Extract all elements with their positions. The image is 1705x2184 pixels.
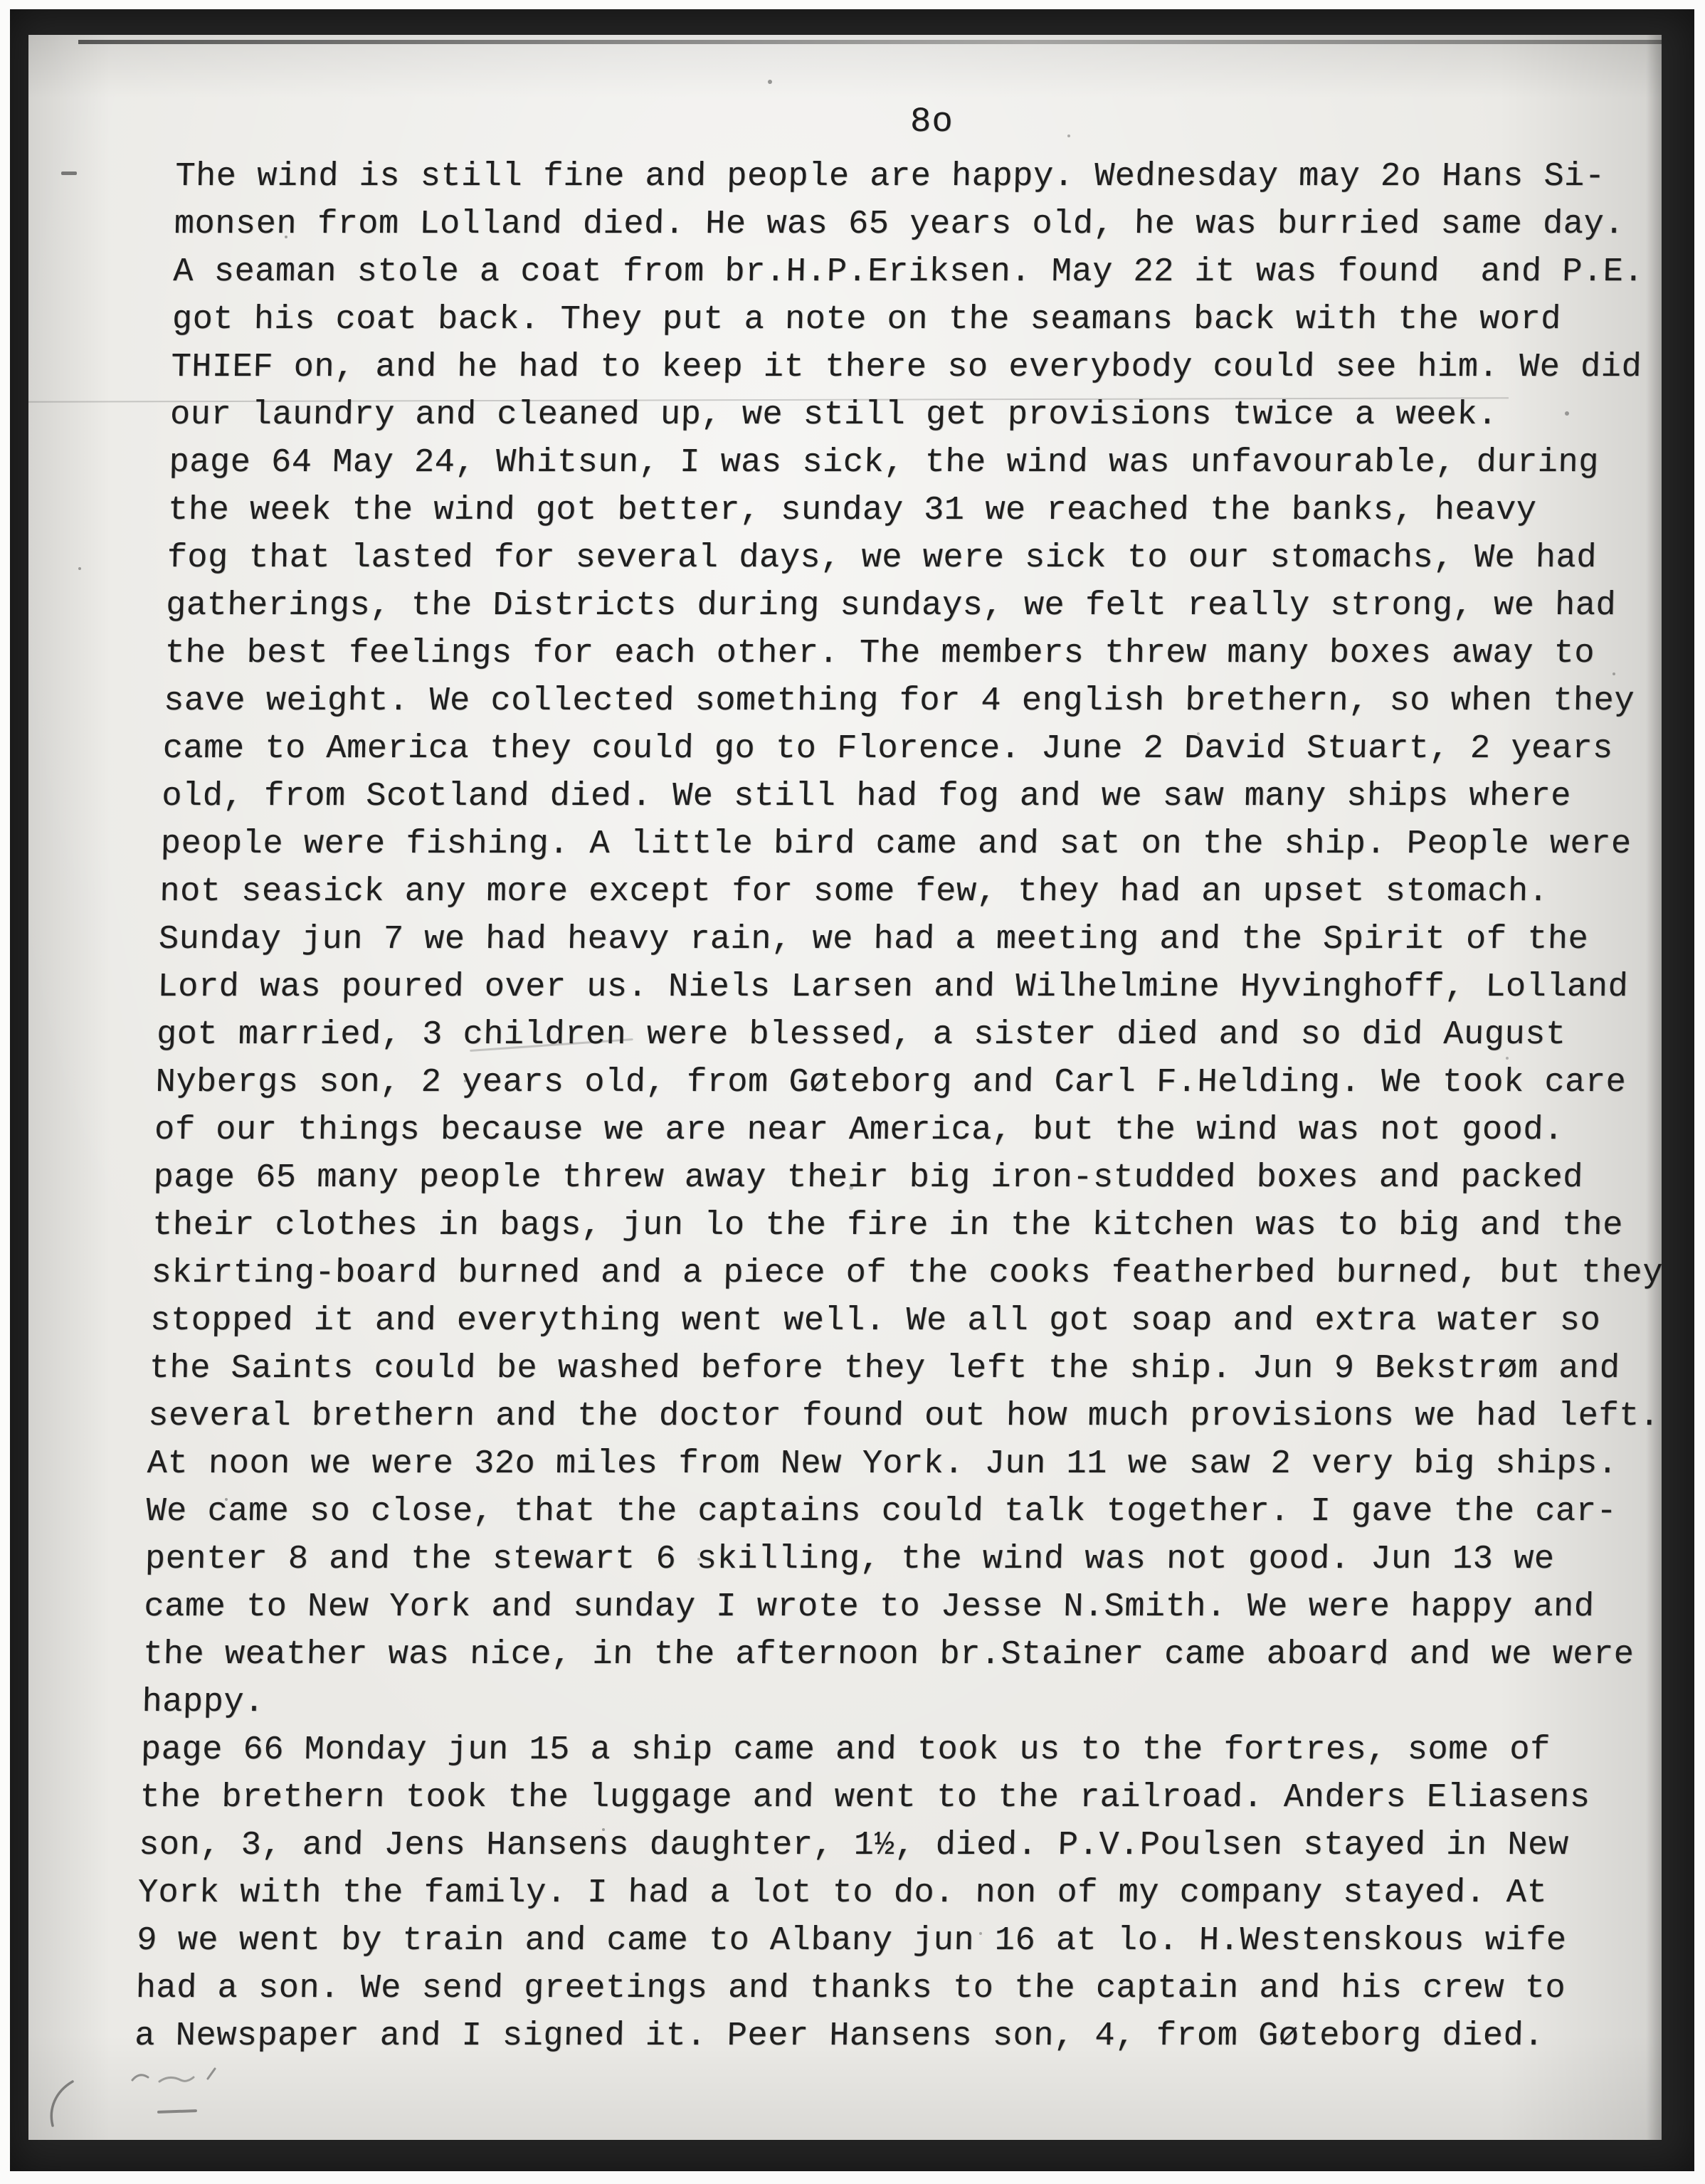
text-line: penter 8 and the stewart 6 skilling, the… — [144, 1536, 1657, 1583]
text-line: monsen from Lolland died. He was 65 year… — [174, 201, 1686, 248]
pencil-dash-mark — [157, 2109, 197, 2114]
scanned-page-photo: 8o The wind is still fine and people are… — [0, 0, 1705, 2184]
text-line: happy. — [142, 1679, 1654, 1726]
page-number: 8o — [910, 100, 954, 143]
text-line: Nybergs son, 2 years old, from Gøteborg … — [155, 1059, 1668, 1107]
text-line: of our things because we are near Americ… — [154, 1107, 1667, 1154]
text-line: the weather was nice, in the afternoon b… — [142, 1631, 1655, 1679]
text-line: gatherings, the Districts during sundays… — [165, 582, 1678, 630]
photo-black-frame: 8o The wind is still fine and people are… — [10, 9, 1694, 2171]
text-line: son, 3, and Jens Hansens daughter, 1½, d… — [138, 1822, 1651, 1869]
text-line: people were fishing. A little bird came … — [160, 821, 1673, 868]
pencil-paren-mark — [43, 2079, 78, 2128]
text-line: page 66 Monday jun 15 a ship came and to… — [140, 1726, 1653, 1774]
pencil-squiggle-mark — [128, 2062, 249, 2090]
text-line: came to America they could go to Florenc… — [162, 725, 1675, 773]
text-line: the Saints could be washed before they l… — [149, 1345, 1662, 1393]
text-line: had a son. We send greetings and thanks … — [135, 1965, 1648, 2012]
text-line: skirting-board burned and a piece of the… — [151, 1250, 1664, 1297]
text-line: page 65 many people threw away their big… — [153, 1154, 1666, 1202]
text-line: Lord was poured over us. Niels Larsen an… — [157, 964, 1670, 1011]
text-line: got his coat back. They put a note on th… — [171, 296, 1684, 344]
text-line: the best feelings for each other. The me… — [164, 630, 1677, 677]
text-line: The wind is still fine and people are ha… — [175, 153, 1688, 201]
toner-specks — [28, 35, 31, 38]
text-line: not seasick any more except for some few… — [159, 868, 1672, 916]
typewritten-text: The wind is still fine and people are ha… — [134, 153, 1688, 2060]
text-line: York with the family. I had a lot to do.… — [137, 1869, 1650, 1917]
text-line: We came so close, that the captains coul… — [146, 1488, 1659, 1536]
paper-sheet: 8o The wind is still fine and people are… — [28, 35, 1662, 2140]
text-line: the brethern took the luggage and went t… — [139, 1774, 1652, 1822]
text-line: At noon we were 32o miles from New York.… — [147, 1440, 1659, 1488]
text-line: came to New York and sunday I wrote to J… — [144, 1583, 1657, 1631]
text-line: 9 we went by train and came to Albany ju… — [136, 1917, 1649, 1965]
text-line: stopped it and everything went well. We … — [149, 1297, 1662, 1345]
text-line: Sunday jun 7 we had heavy rain, we had a… — [158, 916, 1671, 964]
text-line: their clothes in bags, jun lo the fire i… — [152, 1202, 1664, 1250]
text-line: fog that lasted for several days, we wer… — [167, 534, 1679, 582]
text-line: our laundry and cleaned up, we still get… — [169, 391, 1682, 439]
text-line: got married, 3 children were blessed, a … — [156, 1011, 1669, 1059]
text-line: A seaman stole a coat from br.H.P.Erikse… — [173, 248, 1686, 296]
text-line: save weight. We collected something for … — [163, 677, 1676, 725]
text-line: old, from Scotland died. We still had fo… — [162, 773, 1674, 821]
text-line: page 64 May 24, Whitsun, I was sick, the… — [169, 439, 1682, 487]
text-line: the week the wind got better, sunday 31 … — [167, 487, 1680, 534]
text-line: a Newspaper and I signed it. Peer Hansen… — [134, 2012, 1647, 2060]
text-line: THIEF on, and he had to keep it there so… — [171, 344, 1684, 391]
text-line: several brethern and the doctor found ou… — [148, 1393, 1661, 1440]
pencil-tick-mark — [61, 172, 77, 175]
